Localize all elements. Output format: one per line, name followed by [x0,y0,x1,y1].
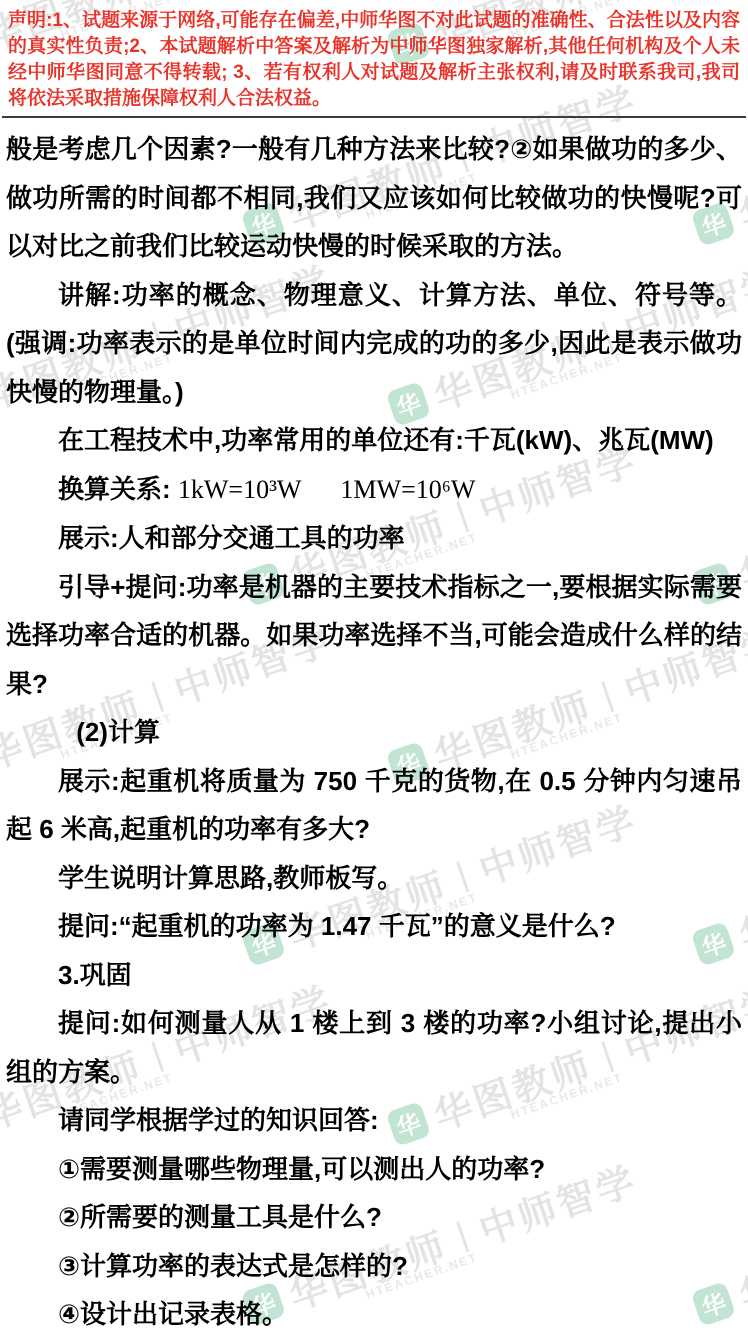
paragraph-text: 引导+提问:功率是机器的主要技术指标之一,要根据实际需要选择功率合适的机器。如果… [6,572,742,699]
section-divider [2,116,746,118]
paragraph: 讲解:功率的概念、物理意义、计算方法、单位、符号等。(强调:功率表示的是单位时间… [6,271,742,417]
paragraph-text: ②所需要的测量工具是什么? [58,1202,382,1232]
paragraph: 请同学根据学过的知识回答: [6,1096,742,1145]
paragraph: 般是考虑几个因素?一般有几种方法来比较?②如果做功的多少、做功所需的时间都不相同… [6,125,742,271]
paragraph-text: ③计算功率的表达式是怎样的? [58,1251,408,1281]
paragraph: 换算关系: 1kW=10³W 1MW=10⁶W [6,465,742,515]
paragraph: ③计算功率的表达式是怎样的? [6,1242,742,1291]
paragraph: 3.巩固 [6,951,742,1000]
disclaimer: 声明:1、试题来源于网络,可能存在偏差,中师华图不对此试题的准确性、合法性以及内… [0,0,748,112]
paragraph-text: (2)计算 [76,717,160,747]
document-body: 般是考虑几个因素?一般有几种方法来比较?②如果做功的多少、做功所需的时间都不相同… [0,125,748,1335]
paragraph-text: 展示:人和部分交通工具的功率 [58,523,405,553]
paragraph: 在工程技术中,功率常用的单位还有:千瓦(kW)、兆瓦(MW) [6,416,742,465]
paragraph-text: 般是考虑几个因素?一般有几种方法来比较?②如果做功的多少、做功所需的时间都不相同… [6,134,742,261]
paragraph-text: 学生说明计算思路,教师板写。 [58,863,403,893]
paragraph: ②所需要的测量工具是什么? [6,1193,742,1242]
paragraph: 学生说明计算思路,教师板写。 [6,854,742,903]
paragraph: 展示:人和部分交通工具的功率 [6,514,742,563]
paragraph-text: 讲解:功率的概念、物理意义、计算方法、单位、符号等。(强调:功率表示的是单位时间… [6,280,742,407]
paragraph: ①需要测量哪些物理量,可以测出人的功率? [6,1145,742,1194]
paragraph-text: 展示:起重机将质量为 750 千克的货物,在 0.5 分钟内匀速吊起 6 米高,… [6,766,742,845]
document-page: 声明:1、试题来源于网络,可能存在偏差,中师华图不对此试题的准确性、合法性以及内… [0,0,748,1335]
paragraph-text: 在工程技术中,功率常用的单位还有:千瓦(kW)、兆瓦(MW) [58,425,714,455]
paragraph: 提问:“起重机的功率为 1.47 千瓦”的意义是什么? [6,902,742,951]
paragraph-text: 提问:“起重机的功率为 1.47 千瓦”的意义是什么? [58,911,616,941]
paragraph-text: 请同学根据学过的知识回答: [58,1105,379,1135]
paragraph-text: ④设计出记录表格。 [58,1299,288,1329]
paragraph: (2)计算 [6,708,742,757]
disclaimer-label: 声明: [8,10,52,31]
paragraph-text: 3.巩固 [58,960,132,990]
paragraph: 提问:如何测量人从 1 楼上到 3 楼的功率?小组讨论,提出小组的方案。 [6,999,742,1096]
paragraph: ④设计出记录表格。 [6,1290,742,1335]
paragraph-text: 换算关系: [58,474,178,504]
paragraph: 展示:起重机将质量为 750 千克的货物,在 0.5 分钟内匀速吊起 6 米高,… [6,757,742,854]
paragraph: 引导+提问:功率是机器的主要技术指标之一,要根据实际需要选择功率合适的机器。如果… [6,563,742,709]
disclaimer-text: 1、试题来源于网络,可能存在偏差,中师华图不对此试题的准确性、合法性以及内容的真… [8,10,740,109]
formula-text: 1kW=10³W 1MW=10⁶W [178,475,475,504]
paragraph-text: 提问:如何测量人从 1 楼上到 3 楼的功率?小组讨论,提出小组的方案。 [6,1008,742,1087]
paragraph-text: ①需要测量哪些物理量,可以测出人的功率? [58,1154,545,1184]
